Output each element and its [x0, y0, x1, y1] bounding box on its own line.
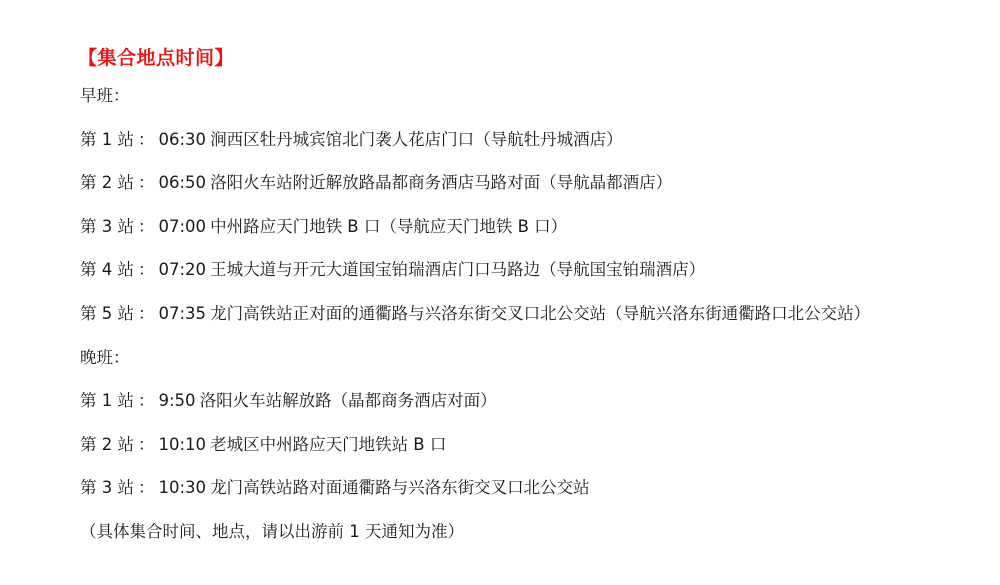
stop-place: 中州路应天门地铁 B 口（导航应天门地铁 B 口）: [210, 217, 567, 236]
stop-separator: ：: [138, 260, 155, 279]
stop-time: 06:50: [159, 173, 207, 192]
section-title: 【集合地点时间】: [78, 40, 980, 76]
stop-place: 涧西区牡丹城宾馆北门袭人花店门口（导航牡丹城酒店）: [210, 130, 623, 149]
stop-separator: ：: [138, 478, 155, 497]
stop-time: 07:20: [159, 260, 207, 279]
stop-time: 07:35: [159, 304, 207, 323]
stop-time: 07:00: [159, 217, 207, 236]
stop-time: 9:50: [159, 391, 196, 410]
stop-separator: ：: [138, 217, 155, 236]
evening-shift-label: 晚班：: [80, 346, 980, 390]
morning-stop-5: 第 5 站：07:35龙门高铁站正对面的通衢路与兴洛东街交叉口北公交站（导航兴洛…: [80, 302, 980, 346]
stop-number: 第 4 站: [80, 260, 134, 279]
stop-place: 龙门高铁站路对面通衢路与兴洛东街交叉口北公交站: [210, 478, 590, 497]
stop-number: 第 2 站: [80, 173, 134, 192]
evening-stop-3: 第 3 站：10:30龙门高铁站路对面通衢路与兴洛东街交叉口北公交站: [80, 476, 980, 520]
stop-time: 10:30: [159, 478, 207, 497]
stop-number: 第 1 站: [80, 130, 134, 149]
stop-number: 第 3 站: [80, 478, 134, 497]
stop-number: 第 5 站: [80, 304, 134, 323]
stop-separator: ：: [138, 435, 155, 454]
meeting-schedule-document: 【集合地点时间】 早班： 第 1 站：06:30涧西区牡丹城宾馆北门袭人花店门口…: [80, 40, 980, 564]
stop-separator: ：: [138, 173, 155, 192]
stop-separator: ：: [138, 130, 155, 149]
stop-place: 洛阳火车站附近解放路晶都商务酒店马路对面（导航晶都酒店）: [210, 173, 672, 192]
stop-place: 洛阳火车站解放路（晶都商务酒店对面）: [200, 391, 497, 410]
morning-stop-3: 第 3 站：07:00中州路应天门地铁 B 口（导航应天门地铁 B 口）: [80, 215, 980, 259]
stop-time: 10:10: [159, 435, 207, 454]
stop-place: 龙门高铁站正对面的通衢路与兴洛东街交叉口北公交站（导航兴洛东街通衢路口北公交站）: [210, 304, 870, 323]
morning-stop-1: 第 1 站：06:30涧西区牡丹城宾馆北门袭人花店门口（导航牡丹城酒店）: [80, 128, 980, 172]
stop-separator: ：: [138, 391, 155, 410]
stop-number: 第 3 站: [80, 217, 134, 236]
morning-shift-label: 早班：: [80, 84, 980, 128]
stop-place: 王城大道与开元大道国宝铂瑞酒店门口马路边（导航国宝铂瑞酒店）: [210, 260, 705, 279]
morning-stop-4: 第 4 站：07:20王城大道与开元大道国宝铂瑞酒店门口马路边（导航国宝铂瑞酒店…: [80, 258, 980, 302]
stop-time: 06:30: [159, 130, 207, 149]
stop-number: 第 1 站: [80, 391, 134, 410]
evening-stop-1: 第 1 站：9:50洛阳火车站解放路（晶都商务酒店对面）: [80, 389, 980, 433]
morning-stop-2: 第 2 站：06:50洛阳火车站附近解放路晶都商务酒店马路对面（导航晶都酒店）: [80, 171, 980, 215]
schedule-note: （具体集合时间、地点，请以出游前 1 天通知为准）: [80, 520, 980, 564]
stop-separator: ：: [138, 304, 155, 323]
stop-place: 老城区中州路应天门地铁站 B 口: [210, 435, 446, 454]
evening-stop-2: 第 2 站：10:10老城区中州路应天门地铁站 B 口: [80, 433, 980, 477]
stop-number: 第 2 站: [80, 435, 134, 454]
